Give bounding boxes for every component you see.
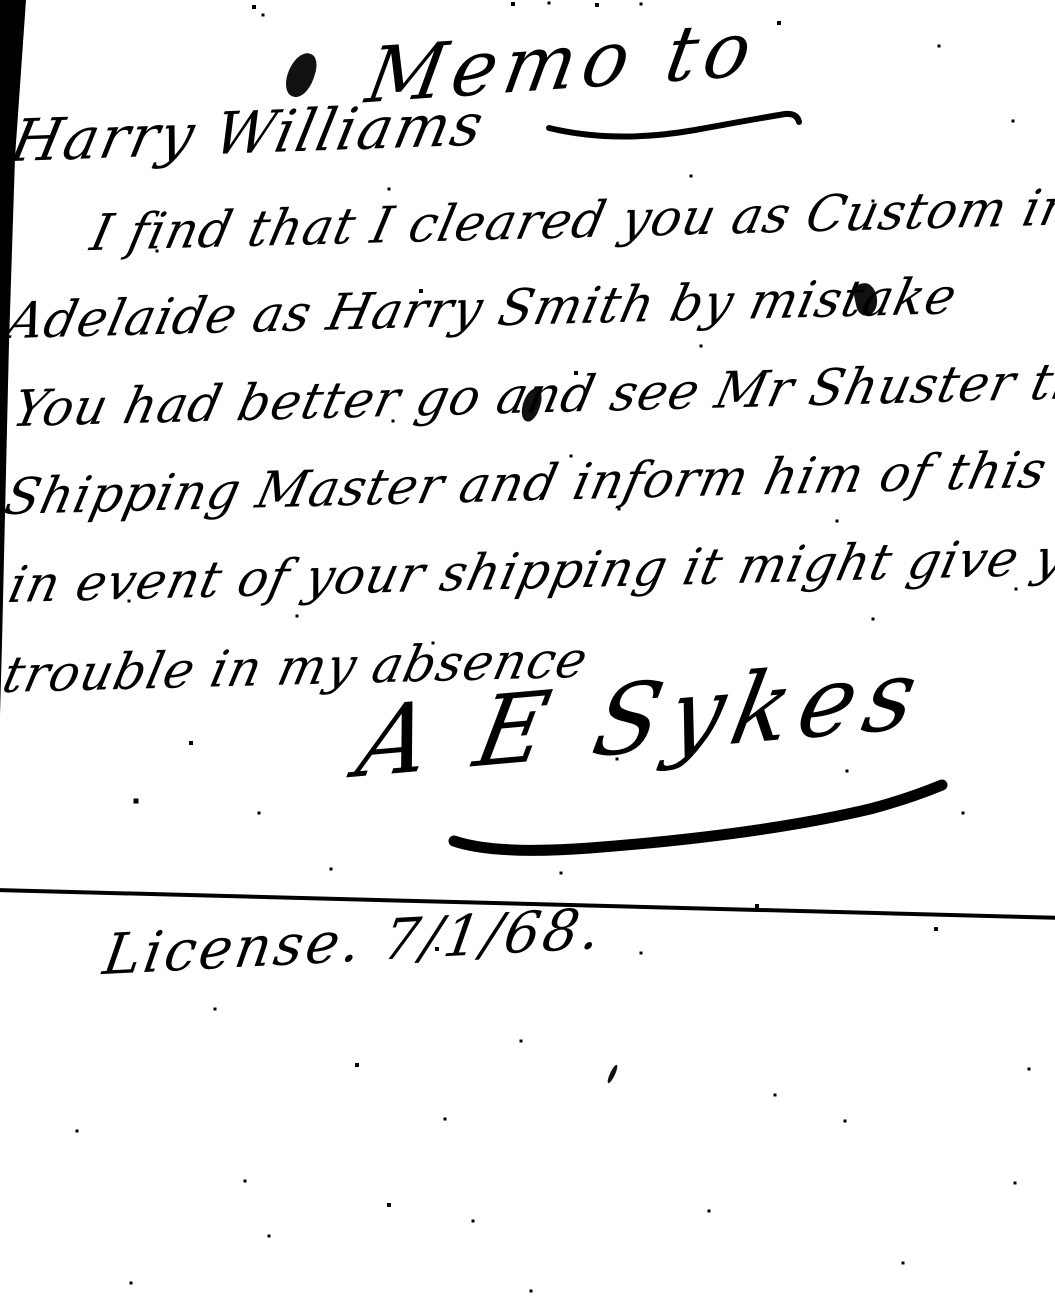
heading-flourish (545, 100, 805, 144)
body-line: Shipping Master and inform him of this o… (0, 443, 1055, 522)
ink-blot (282, 49, 321, 101)
body-line: You had better go and see Mr Shuster the (8, 355, 1055, 434)
noise-speckles (0, 0, 2, 2)
body-line: in event of your shipping it might give … (4, 531, 1055, 611)
ink-blot (606, 1064, 619, 1084)
recipient-line: Harry Williams (6, 95, 490, 170)
footer-license-note: License. 7/1/68. (100, 902, 607, 985)
signature-flourish (440, 775, 960, 860)
body-line: I find that I cleared you as Custom in (86, 182, 1055, 258)
scanned-memo-page: Memo to Harry Williams I find that I cle… (0, 0, 1055, 1305)
body-line: Adelaide as Harry Smith by mistake (2, 271, 961, 346)
